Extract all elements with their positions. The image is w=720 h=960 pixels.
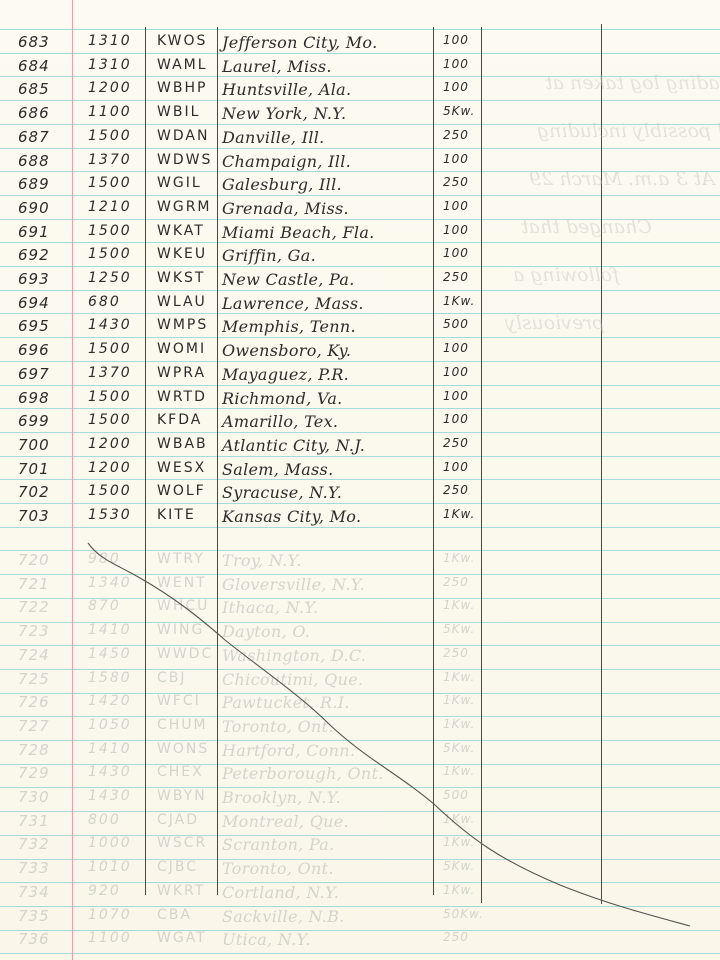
- diagonal-strike-line: [0, 0, 720, 960]
- ledger-page: Reading log taken atto and possibly incl…: [0, 0, 720, 960]
